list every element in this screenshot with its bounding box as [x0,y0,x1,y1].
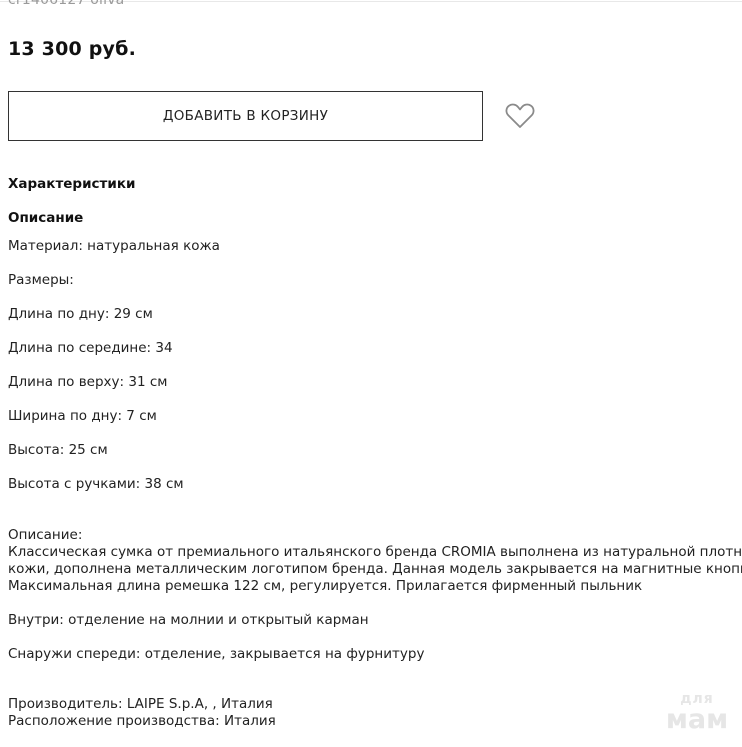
add-to-cart-label: ДОБАВИТЬ В КОРЗИНУ [163,108,328,124]
description-line: Классическая сумка от премиального италь… [8,544,742,561]
outside-info: Снаружи спереди: отделение, закрывается … [8,646,742,663]
watermark-logo: для мам [655,692,739,733]
material-line: Материал: натуральная кожа [8,238,220,254]
production-location-line: Расположение производства: Италия [8,713,276,730]
manufacturer-block: Производитель: LAIPE S.p.A, , Италия Рас… [8,696,276,730]
size-item: Длина по верху: 31 см [8,374,167,390]
heart-outline-icon [505,103,535,129]
description-line: Максимальная длина ремешка 122 см, регул… [8,578,742,595]
add-to-cart-button[interactable]: ДОБАВИТЬ В КОРЗИНУ [8,91,483,141]
size-item: Высота с ручками: 38 см [8,476,184,492]
inside-info: Внутри: отделение на молнии и открытый к… [8,612,742,629]
size-item: Высота: 25 см [8,442,108,458]
product-sku: cr1406127 oliva [8,0,124,8]
size-item: Длина по дну: 29 см [8,306,153,322]
size-item: Длина по середине: 34 [8,340,173,356]
description-block: Описание: Классическая сумка от премиаль… [8,527,742,663]
product-price: 13 300 руб. [8,38,136,60]
description-label: Описание: [8,527,742,544]
size-item: Ширина по дну: 7 см [8,408,157,424]
description-line: кожи, дополнена металлическим логотипом … [8,561,742,578]
characteristics-heading: Характеристики [8,176,135,192]
watermark-bottom-text: мам [655,706,739,733]
add-to-favorites-button[interactable] [503,100,537,132]
sizes-label: Размеры: [8,272,74,288]
description-heading: Описание [8,210,83,226]
producer-line: Производитель: LAIPE S.p.A, , Италия [8,696,276,713]
